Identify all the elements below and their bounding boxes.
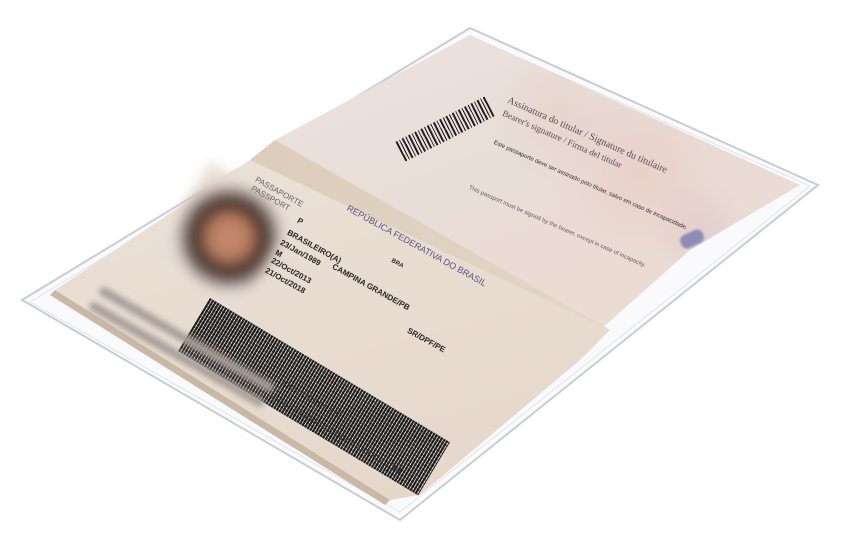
passport-photo-scene: Assinatura do titular / Signature du tit… <box>0 0 850 546</box>
